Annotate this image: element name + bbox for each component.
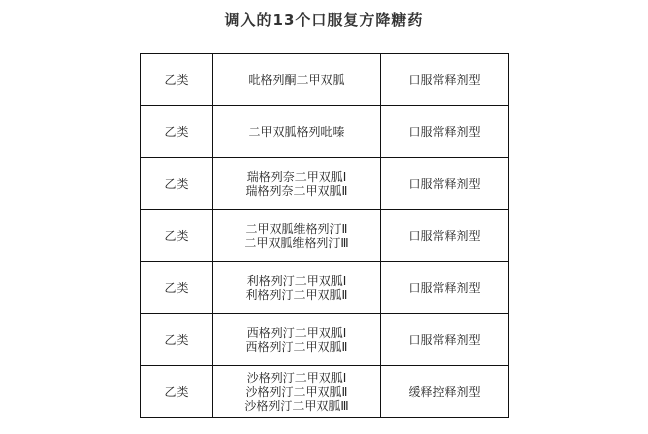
dosage-form-cell: 口服常释剂型 <box>381 314 509 366</box>
category-cell: 乙类 <box>141 54 213 106</box>
drug-table: 乙类 吡格列酮二甲双胍 口服常释剂型 乙类 二甲双胍格列吡嗪 口服常释剂型 乙类… <box>140 53 509 418</box>
category-cell: 乙类 <box>141 210 213 262</box>
category-cell: 乙类 <box>141 366 213 418</box>
category-cell: 乙类 <box>141 158 213 210</box>
drug-name: 利格列汀二甲双胍Ⅱ <box>213 288 380 302</box>
drug-name: 吡格列酮二甲双胍 <box>213 73 380 87</box>
drug-name: 利格列汀二甲双胍Ⅰ <box>213 274 380 288</box>
dosage-form-cell: 口服常释剂型 <box>381 210 509 262</box>
dosage-form-cell: 口服常释剂型 <box>381 158 509 210</box>
dosage-form-cell: 口服常释剂型 <box>381 54 509 106</box>
drug-name: 沙格列汀二甲双胍Ⅲ <box>213 399 380 413</box>
document-title: 调入的13个口服复方降糖药 <box>0 10 648 30</box>
drug-name-cell: 吡格列酮二甲双胍 <box>213 54 381 106</box>
drug-name-cell: 二甲双胍格列吡嗪 <box>213 106 381 158</box>
drug-name: 沙格列汀二甲双胍Ⅰ <box>213 371 380 385</box>
drug-name: 瑞格列奈二甲双胍Ⅰ <box>213 170 380 184</box>
table-row: 乙类 利格列汀二甲双胍Ⅰ 利格列汀二甲双胍Ⅱ 口服常释剂型 <box>141 262 509 314</box>
table-row: 乙类 吡格列酮二甲双胍 口服常释剂型 <box>141 54 509 106</box>
drug-name-cell: 沙格列汀二甲双胍Ⅰ 沙格列汀二甲双胍Ⅱ 沙格列汀二甲双胍Ⅲ <box>213 366 381 418</box>
dosage-form-cell: 缓释控释剂型 <box>381 366 509 418</box>
drug-name: 二甲双胍维格列汀Ⅱ <box>213 222 380 236</box>
drug-name: 沙格列汀二甲双胍Ⅱ <box>213 385 380 399</box>
drug-name: 二甲双胍格列吡嗪 <box>213 125 380 139</box>
table-row: 乙类 西格列汀二甲双胍Ⅰ 西格列汀二甲双胍Ⅱ 口服常释剂型 <box>141 314 509 366</box>
drug-name: 二甲双胍维格列汀Ⅲ <box>213 236 380 250</box>
table-row: 乙类 沙格列汀二甲双胍Ⅰ 沙格列汀二甲双胍Ⅱ 沙格列汀二甲双胍Ⅲ 缓释控释剂型 <box>141 366 509 418</box>
category-cell: 乙类 <box>141 314 213 366</box>
dosage-form-cell: 口服常释剂型 <box>381 106 509 158</box>
drug-name-cell: 二甲双胍维格列汀Ⅱ 二甲双胍维格列汀Ⅲ <box>213 210 381 262</box>
table-row: 乙类 二甲双胍维格列汀Ⅱ 二甲双胍维格列汀Ⅲ 口服常释剂型 <box>141 210 509 262</box>
table-row: 乙类 瑞格列奈二甲双胍Ⅰ 瑞格列奈二甲双胍Ⅱ 口服常释剂型 <box>141 158 509 210</box>
dosage-form-cell: 口服常释剂型 <box>381 262 509 314</box>
drug-name-cell: 利格列汀二甲双胍Ⅰ 利格列汀二甲双胍Ⅱ <box>213 262 381 314</box>
drug-name: 西格列汀二甲双胍Ⅰ <box>213 326 380 340</box>
category-cell: 乙类 <box>141 262 213 314</box>
drug-name-cell: 瑞格列奈二甲双胍Ⅰ 瑞格列奈二甲双胍Ⅱ <box>213 158 381 210</box>
table-row: 乙类 二甲双胍格列吡嗪 口服常释剂型 <box>141 106 509 158</box>
category-cell: 乙类 <box>141 106 213 158</box>
drug-name-cell: 西格列汀二甲双胍Ⅰ 西格列汀二甲双胍Ⅱ <box>213 314 381 366</box>
drug-name: 西格列汀二甲双胍Ⅱ <box>213 340 380 354</box>
drug-name: 瑞格列奈二甲双胍Ⅱ <box>213 184 380 198</box>
